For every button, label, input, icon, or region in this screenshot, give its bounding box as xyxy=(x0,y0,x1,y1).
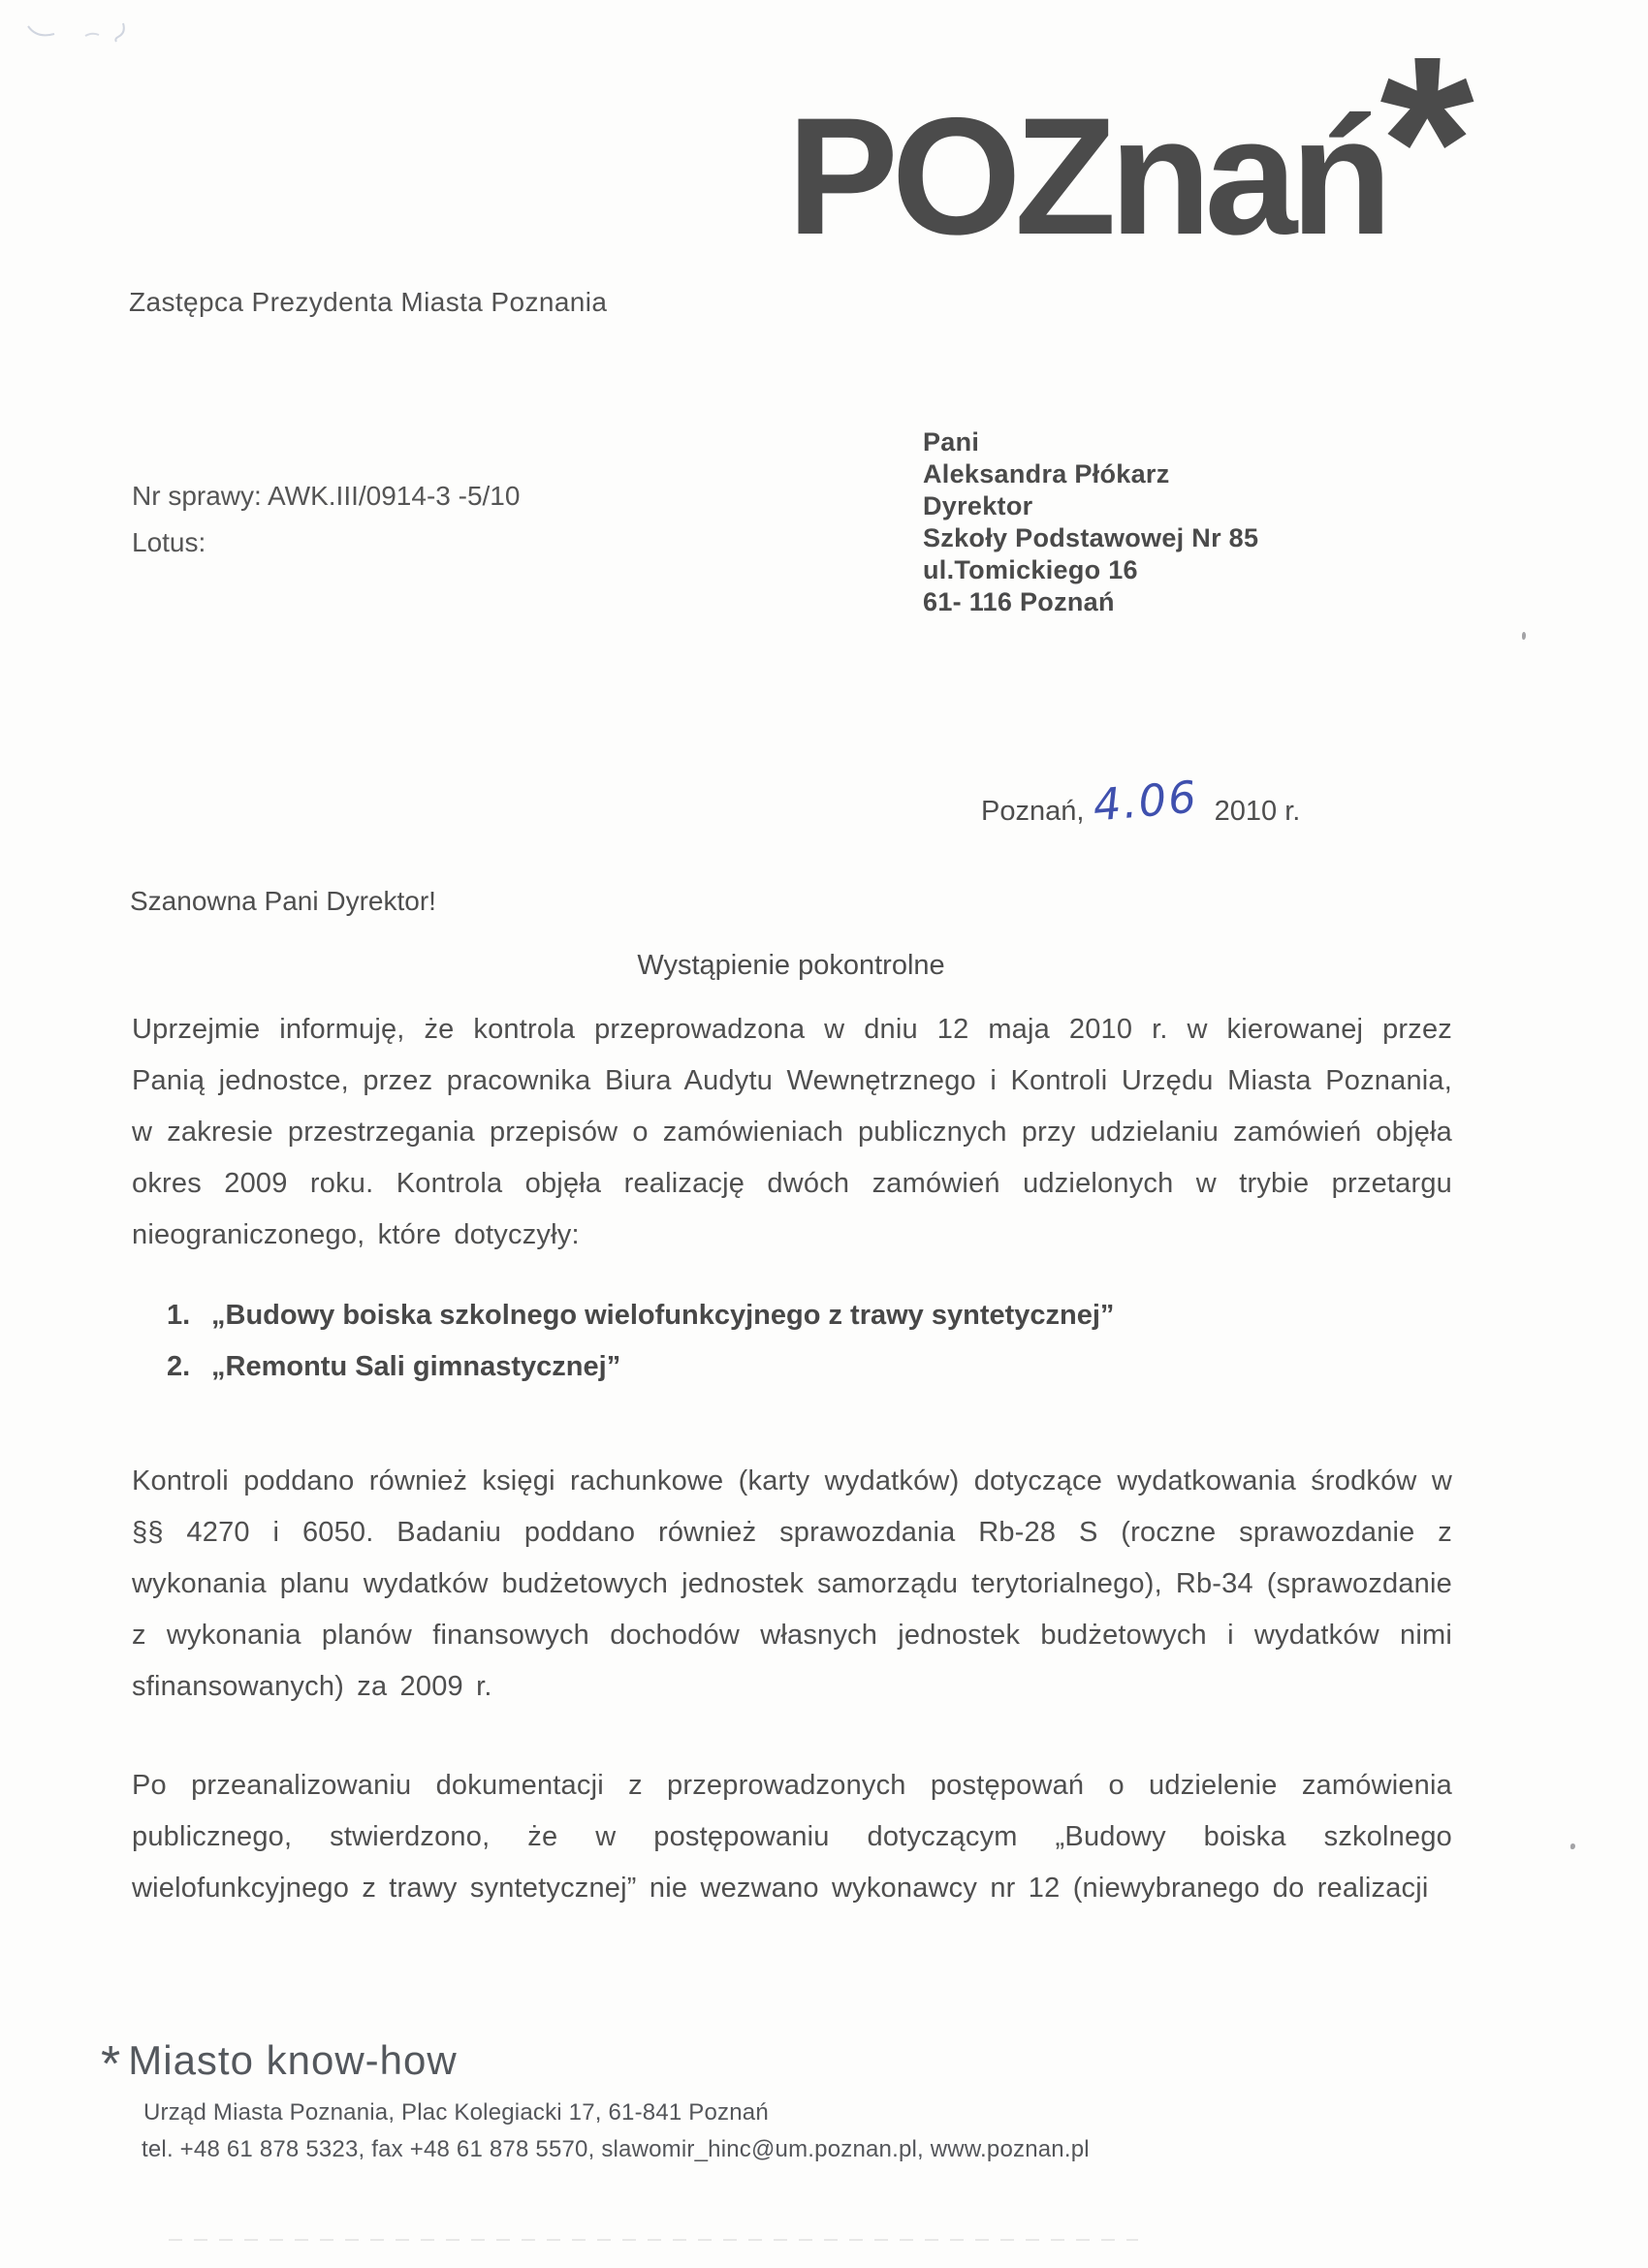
scan-speck xyxy=(1522,632,1526,640)
city-logo-wordmark: POZnań xyxy=(787,93,1385,260)
case-number: Nr sprawy: AWK.III/0914-3 -5/10 xyxy=(132,473,520,520)
recipient-line: Dyrektor xyxy=(923,490,1258,522)
recipient-line: Aleksandra Płókarz xyxy=(923,458,1258,490)
recipient-block: Pani Aleksandra Płókarz Dyrektor Szkoły … xyxy=(923,426,1258,618)
scan-speck xyxy=(1570,1843,1575,1849)
footer-brand: * Miasto know-how xyxy=(101,2037,458,2088)
pencil-mark-icon xyxy=(25,23,58,41)
item-number: 2. xyxy=(167,1341,211,1393)
pencil-mark-icon xyxy=(83,31,101,39)
salutation: Szanowna Pani Dyrektor! xyxy=(130,886,436,917)
city-logo: POZnań * xyxy=(787,93,1474,260)
sender-title: Zastępca Prezydenta Miasta Poznania xyxy=(129,287,607,318)
date-city: Poznań, xyxy=(981,796,1084,827)
list-item: 2. „Remontu Sali gimnastycznej” xyxy=(167,1341,1114,1393)
item-number: 1. xyxy=(167,1290,211,1341)
list-item: 1. „Budowy boiska szkolnego wielofunkcyj… xyxy=(167,1290,1114,1341)
body-paragraph-1: Uprzejmie informuję, że kontrola przepro… xyxy=(132,1004,1452,1261)
item-text: „Budowy boiska szkolnego wielofunkcyjneg… xyxy=(211,1290,1114,1341)
recipient-line: 61- 116 Poznań xyxy=(923,586,1258,618)
handwritten-date: 4.06 xyxy=(1093,782,1199,820)
scan-artifact-line xyxy=(169,2239,1138,2241)
pencil-mark-icon xyxy=(112,21,128,45)
footer-address: Urząd Miasta Poznania, Plac Kolegiacki 1… xyxy=(143,2099,769,2126)
asterisk-icon: * xyxy=(101,2039,120,2090)
date-year: 2010 r. xyxy=(1215,796,1301,827)
lotus-label: Lotus: xyxy=(132,520,520,566)
item-text: „Remontu Sali gimnastycznej” xyxy=(211,1341,620,1393)
footer-contact: tel. +48 61 878 5323, fax +48 61 878 557… xyxy=(142,2136,1090,2163)
recipient-line: Pani xyxy=(923,426,1258,458)
body-paragraph-2: Kontroli poddano również księgi rachunko… xyxy=(132,1456,1452,1713)
asterisk-icon: * xyxy=(1379,83,1474,200)
findings-list: 1. „Budowy boiska szkolnego wielofunkcyj… xyxy=(167,1290,1114,1393)
recipient-line: Szkoły Podstawowej Nr 85 xyxy=(923,522,1258,554)
subject-title: Wystąpienie pokontrolne xyxy=(132,950,1450,982)
scanned-letter-page: POZnań * Zastępca Prezydenta Miasta Pozn… xyxy=(0,0,1648,2268)
footer-brand-text: Miasto know-how xyxy=(128,2037,457,2084)
reference-block: Nr sprawy: AWK.III/0914-3 -5/10 Lotus: xyxy=(132,473,520,566)
date-line: Poznań,4.062010 r. xyxy=(981,791,1300,828)
body-paragraph-3: Po przeanalizowaniu dokumentacji z przep… xyxy=(132,1760,1452,1914)
recipient-line: ul.Tomickiego 16 xyxy=(923,554,1258,586)
